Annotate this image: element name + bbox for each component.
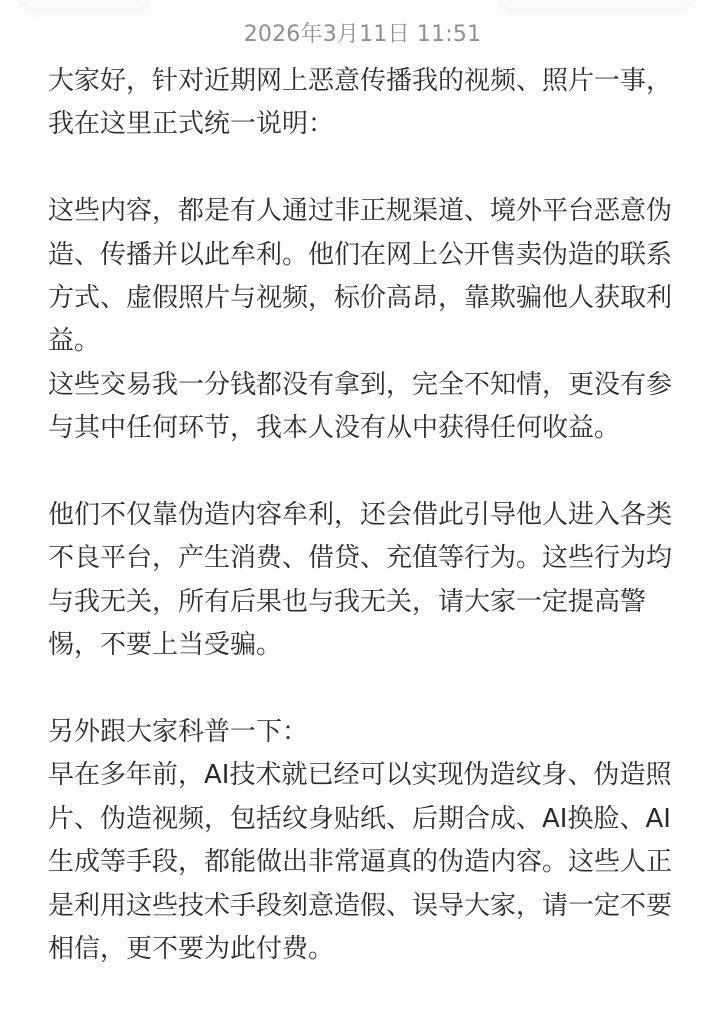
paragraph-warning: 他们不仅靠伪造内容牟利，还会借此引导他人进入各类不良平台，产生消费、借贷、充值等… — [48, 494, 678, 668]
paragraph-spacer — [48, 451, 678, 494]
paragraph-ai-explanation: 早在多年前，AI技术就已经可以实现伪造纹身、伪造照片、伪造视频，包括纹身贴纸、后… — [48, 754, 678, 971]
paragraph-forgery-claim: 这些内容，都是有人通过非正规渠道、境外平台恶意伪造、传播并以此牟利。他们在网上公… — [48, 190, 678, 364]
paragraph-spacer — [48, 147, 678, 190]
paragraph-no-profit: 这些交易我一分钱都没有拿到，完全不知情，更没有参与其中任何环节，我本人没有从中获… — [48, 364, 678, 451]
paragraph-spacer — [48, 668, 678, 711]
paragraph-psa-heading: 另外跟大家科普一下： — [48, 711, 678, 754]
message-body: 大家好，针对近期网上恶意传播我的视频、照片一事，我在这里正式统一说明： 这些内容… — [48, 60, 678, 971]
message-timestamp: 2026年3月11日 11:51 — [0, 20, 725, 50]
top-navigation-bar — [0, 0, 725, 14]
paragraph-greeting: 大家好，针对近期网上恶意传播我的视频、照片一事，我在这里正式统一说明： — [48, 60, 678, 147]
back-button[interactable] — [18, 0, 153, 8]
header-actions-button[interactable] — [495, 0, 695, 8]
